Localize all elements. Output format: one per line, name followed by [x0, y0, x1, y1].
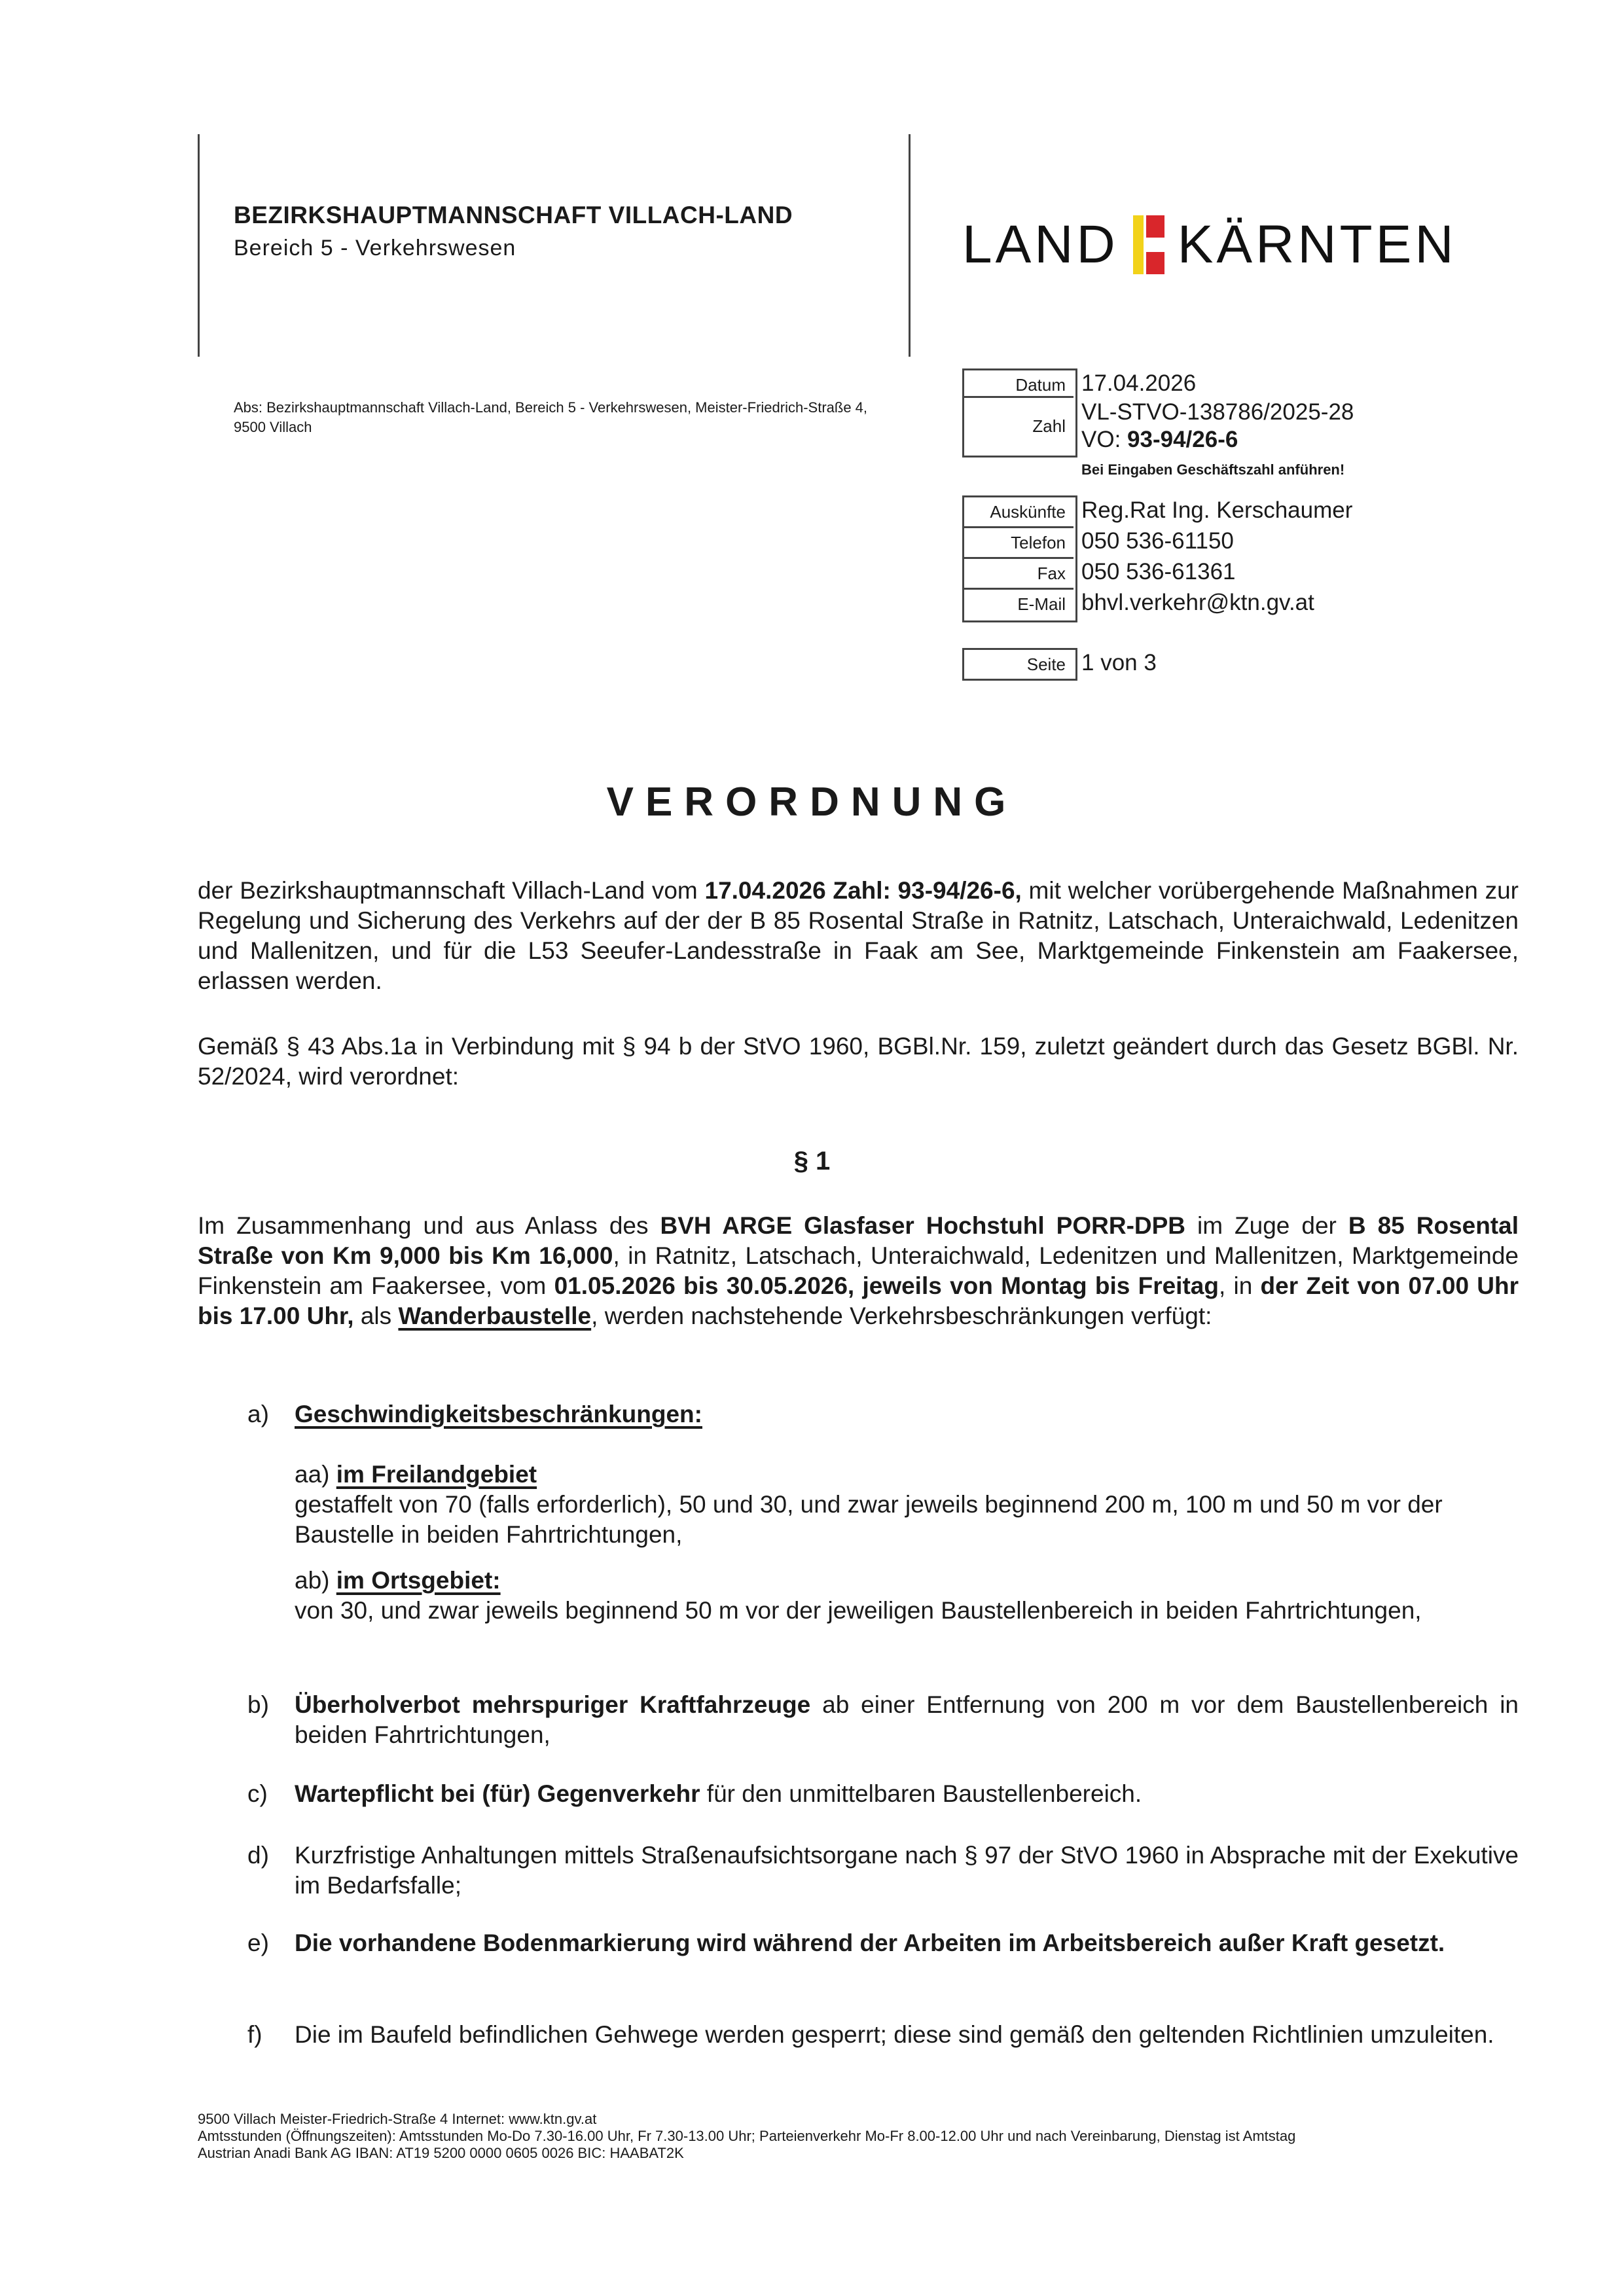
- phone-value: 050 536-61150: [1081, 528, 1234, 554]
- list-item: f) Die im Baufeld befindlichen Gehwege w…: [247, 2020, 1519, 2050]
- logo-text-left: LAND: [962, 218, 1119, 272]
- page-footer: 9500 Villach Meister-Friedrich-Straße 4 …: [198, 2111, 1295, 2162]
- sub-item-ortsgebiet: ab) im Ortsgebiet: von 30, und zwar jewe…: [295, 1566, 1519, 1626]
- item-heading: Geschwindigkeitsbeschränkungen:: [295, 1401, 702, 1427]
- phone-label: Telefon: [954, 533, 1066, 553]
- page-value: 1 von 3: [1081, 650, 1157, 676]
- datum-label: Datum: [954, 375, 1066, 395]
- page-label: Seite: [954, 655, 1066, 675]
- contact-label: Auskünfte: [954, 502, 1066, 522]
- sub-item-freiland: aa) im Freilandgebiet gestaffelt von 70 …: [295, 1460, 1519, 1550]
- header-divider-left: [198, 134, 200, 357]
- zahl-label: Zahl: [954, 416, 1066, 437]
- vo-number: VO: 93-94/26-6: [1081, 427, 1238, 453]
- section-heading: § 1: [0, 1147, 1624, 1176]
- wanderbaustelle-term: Wanderbaustelle: [398, 1302, 591, 1329]
- sender-address: Abs: Bezirkshauptmannschaft Villach-Land…: [234, 398, 888, 437]
- email-link[interactable]: bhvl.verkehr@ktn.gv.at: [1081, 590, 1314, 616]
- list-item: b) Überholverbot mehrspuriger Kraftfahrz…: [247, 1690, 1519, 1750]
- intro-paragraph: der Bezirkshauptmannschaft Villach-Land …: [198, 876, 1519, 996]
- logo-mark-icon: [1133, 215, 1166, 274]
- footer-hours: Amtsstunden (Öffnungszeiten): Amtsstunde…: [198, 2128, 1295, 2145]
- fax-value: 050 536-61361: [1081, 559, 1236, 585]
- header-divider-right: [909, 134, 911, 357]
- item-letter: a): [247, 1399, 293, 1429]
- organization-name: BEZIRKSHAUPTMANNSCHAFT VILLACH-LAND: [234, 202, 793, 229]
- list-item: d) Kurzfristige Anhaltungen mittels Stra…: [247, 1840, 1519, 1901]
- footer-address: 9500 Villach Meister-Friedrich-Straße 4 …: [198, 2111, 1295, 2128]
- section-1-paragraph: Im Zusammenhang und aus Anlass des BVH A…: [198, 1211, 1519, 1331]
- reference-hint: Bei Eingaben Geschäftszahl anführen!: [1081, 461, 1344, 478]
- contact-person: Reg.Rat Ing. Kerschaumer: [1081, 497, 1352, 524]
- datum-value: 17.04.2026: [1081, 370, 1196, 397]
- list-item: e) Die vorhandene Bodenmarkierung wird w…: [247, 1928, 1519, 1958]
- legal-basis-paragraph: Gemäß § 43 Abs.1a in Verbindung mit § 94…: [198, 1031, 1519, 1092]
- fax-label: Fax: [954, 564, 1066, 584]
- department-name: Bereich 5 - Verkehrswesen: [234, 236, 516, 261]
- list-item: c) Wartepflicht bei (für) Gegenverkehr f…: [247, 1779, 1519, 1809]
- logo-text-right: KÄRNTEN: [1178, 218, 1457, 272]
- document-title: VERORDNUNG: [0, 779, 1624, 825]
- footer-bank: Austrian Anadi Bank AG IBAN: AT19 5200 0…: [198, 2145, 1295, 2162]
- zahl-value: VL-STVO-138786/2025-28: [1081, 399, 1354, 425]
- email-label: E-Mail: [954, 594, 1066, 615]
- land-kaernten-logo: LAND KÄRNTEN: [962, 213, 1457, 276]
- list-item: a) Geschwindigkeitsbeschränkungen:: [247, 1399, 1519, 1429]
